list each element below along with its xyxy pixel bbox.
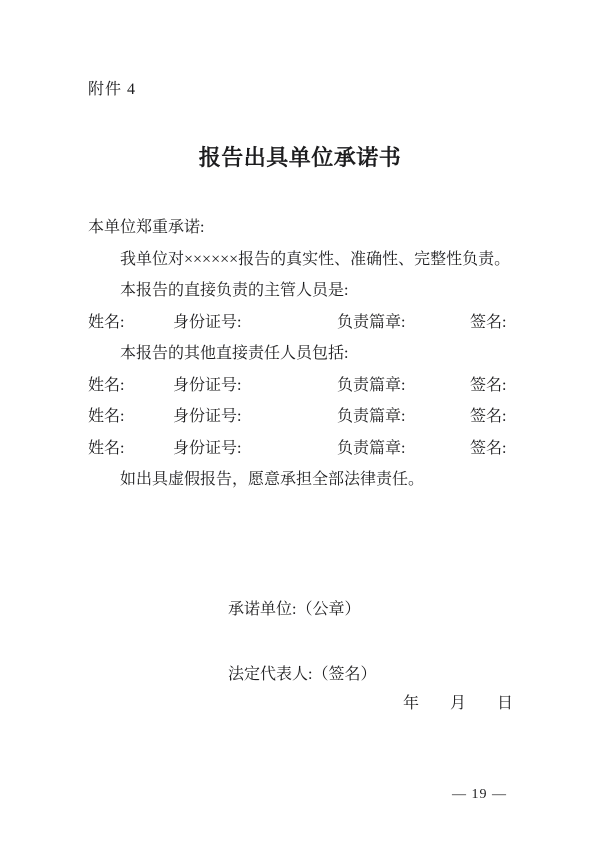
id-number-label: 身份证号:: [173, 370, 241, 402]
signature-label: 签名:: [470, 370, 506, 402]
section-label: 负责篇章:: [337, 433, 405, 465]
name-label: 姓名:: [88, 370, 124, 402]
signature-label: 签名:: [470, 433, 506, 465]
paragraph-promise-intro: 本单位郑重承诺:: [88, 212, 548, 244]
document-body: 本单位郑重承诺: 我单位对××××××报告的真实性、准确性、完整性负责。 本报告…: [88, 212, 548, 496]
attachment-label: 附件 4: [88, 76, 136, 99]
signature-row: 姓名: 身份证号: 负责篇章: 签名:: [88, 370, 548, 402]
paragraph-supervisor-intro: 本报告的直接负责的主管人员是:: [88, 275, 548, 307]
page-title: 报告出具单位承诺书: [0, 141, 600, 172]
name-label: 姓名:: [88, 401, 124, 433]
paragraph-legal-liability: 如出具虚假报告，愿意承担全部法律责任。: [88, 464, 548, 496]
signature-row: 姓名: 身份证号: 负责篇章: 签名:: [88, 433, 548, 465]
signature-label: 签名:: [470, 401, 506, 433]
id-number-label: 身份证号:: [173, 307, 241, 339]
page-number: — 19 —: [452, 787, 507, 803]
date-month-label: 月: [450, 690, 466, 713]
legal-representative-line: 法定代表人:（签名）: [228, 661, 376, 684]
name-label: 姓名:: [88, 433, 124, 465]
date-line: 年 月 日: [403, 690, 513, 713]
section-label: 负责篇章:: [337, 307, 405, 339]
section-label: 负责篇章:: [337, 370, 405, 402]
document-page: 附件 4 报告出具单位承诺书 本单位郑重承诺: 我单位对××××××报告的真实性…: [0, 0, 600, 848]
id-number-label: 身份证号:: [173, 401, 241, 433]
name-label: 姓名:: [88, 307, 124, 339]
paragraph-responsibility-statement: 我单位对××××××报告的真实性、准确性、完整性负责。: [88, 244, 548, 276]
unit-seal-line: 承诺单位:（公章）: [228, 596, 360, 619]
signature-row: 姓名: 身份证号: 负责篇章: 签名:: [88, 401, 548, 433]
date-day-label: 日: [497, 690, 513, 713]
date-year-label: 年: [403, 690, 419, 713]
paragraph-other-personnel-intro: 本报告的其他直接责任人员包括:: [88, 338, 548, 370]
section-label: 负责篇章:: [337, 401, 405, 433]
id-number-label: 身份证号:: [173, 433, 241, 465]
signature-row: 姓名: 身份证号: 负责篇章: 签名:: [88, 307, 548, 339]
signature-label: 签名:: [470, 307, 506, 339]
